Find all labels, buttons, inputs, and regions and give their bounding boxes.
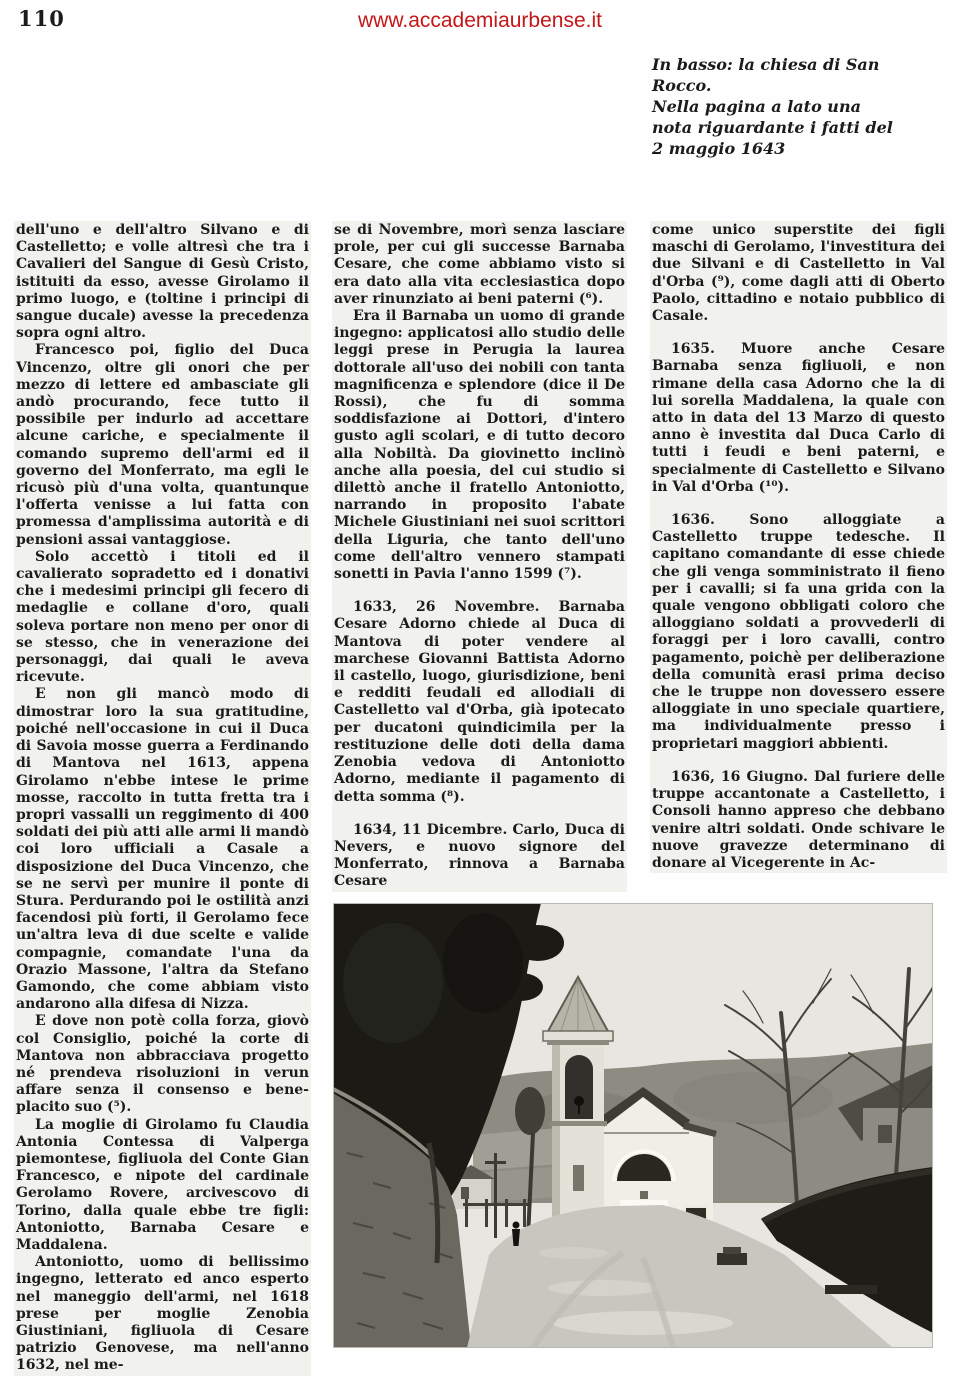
site-watermark: www.accademiaurbense.it bbox=[0, 9, 960, 33]
plaque bbox=[640, 1191, 648, 1199]
text-column-1: dell'uno e dell'altro Silvano e di Caste… bbox=[14, 221, 311, 1376]
woodpile bbox=[717, 1253, 747, 1265]
bell bbox=[574, 1096, 584, 1106]
church-photo-illustration bbox=[333, 903, 933, 1348]
caption-line-1: In basso: la chiesa di San Rocco. bbox=[652, 54, 894, 96]
paragraph: come unico superstite dei figli maschi d… bbox=[652, 222, 945, 325]
paragraph: 1634, 11 Dicembre. Carlo, Duca di Nevers… bbox=[334, 822, 625, 891]
person-figure bbox=[512, 1222, 520, 1247]
paragraph: Francesco poi, figlio del Duca Vincenzo,… bbox=[16, 342, 309, 548]
photo-caption: In basso: la chiesa di San Rocco. Nella … bbox=[652, 54, 894, 159]
church-photograph bbox=[333, 903, 933, 1348]
paragraph: 1633, 26 Novembre. Barnaba Cesare Adorno… bbox=[334, 599, 625, 805]
text-column-3: come unico superstite dei figli maschi d… bbox=[650, 221, 947, 873]
caption-line-2: Nella pagina a lato una nota riguardante… bbox=[652, 96, 894, 159]
paragraph: E dove non potè colla forza, giovò col C… bbox=[16, 1013, 309, 1116]
paragraph: E non gli mancò modo di dimostrar loro l… bbox=[16, 686, 309, 1013]
paragraph: 1636, 16 Giugno. Dal furiere delle trupp… bbox=[652, 769, 945, 872]
paragraph: Solo accettò i titoli ed il cavalierato … bbox=[16, 549, 309, 687]
text-column-2: se di Novembre, morì senza lasciare prol… bbox=[332, 221, 627, 892]
paragraph: Antoniotto, uomo di bellissimo ingegno, … bbox=[16, 1254, 309, 1374]
bench bbox=[825, 1285, 877, 1294]
paragraph: La moglie di Girolamo fu Claudia Antonia… bbox=[16, 1117, 309, 1255]
paragraph: 1635. Muore anche Cesare Barnaba senza f… bbox=[652, 341, 945, 496]
scanned-book-page: 110 www.accademiaurbense.it In basso: la… bbox=[0, 0, 960, 1376]
paragraph: Era il Barnaba un uomo di grande ingegno… bbox=[334, 308, 625, 583]
paragraph: dell'uno e dell'altro Silvano e di Caste… bbox=[16, 222, 309, 342]
paragraph: 1636. Sono alloggiate a Castelletto trup… bbox=[652, 512, 945, 753]
paragraph: se di Novembre, morì senza lasciare prol… bbox=[334, 222, 625, 308]
